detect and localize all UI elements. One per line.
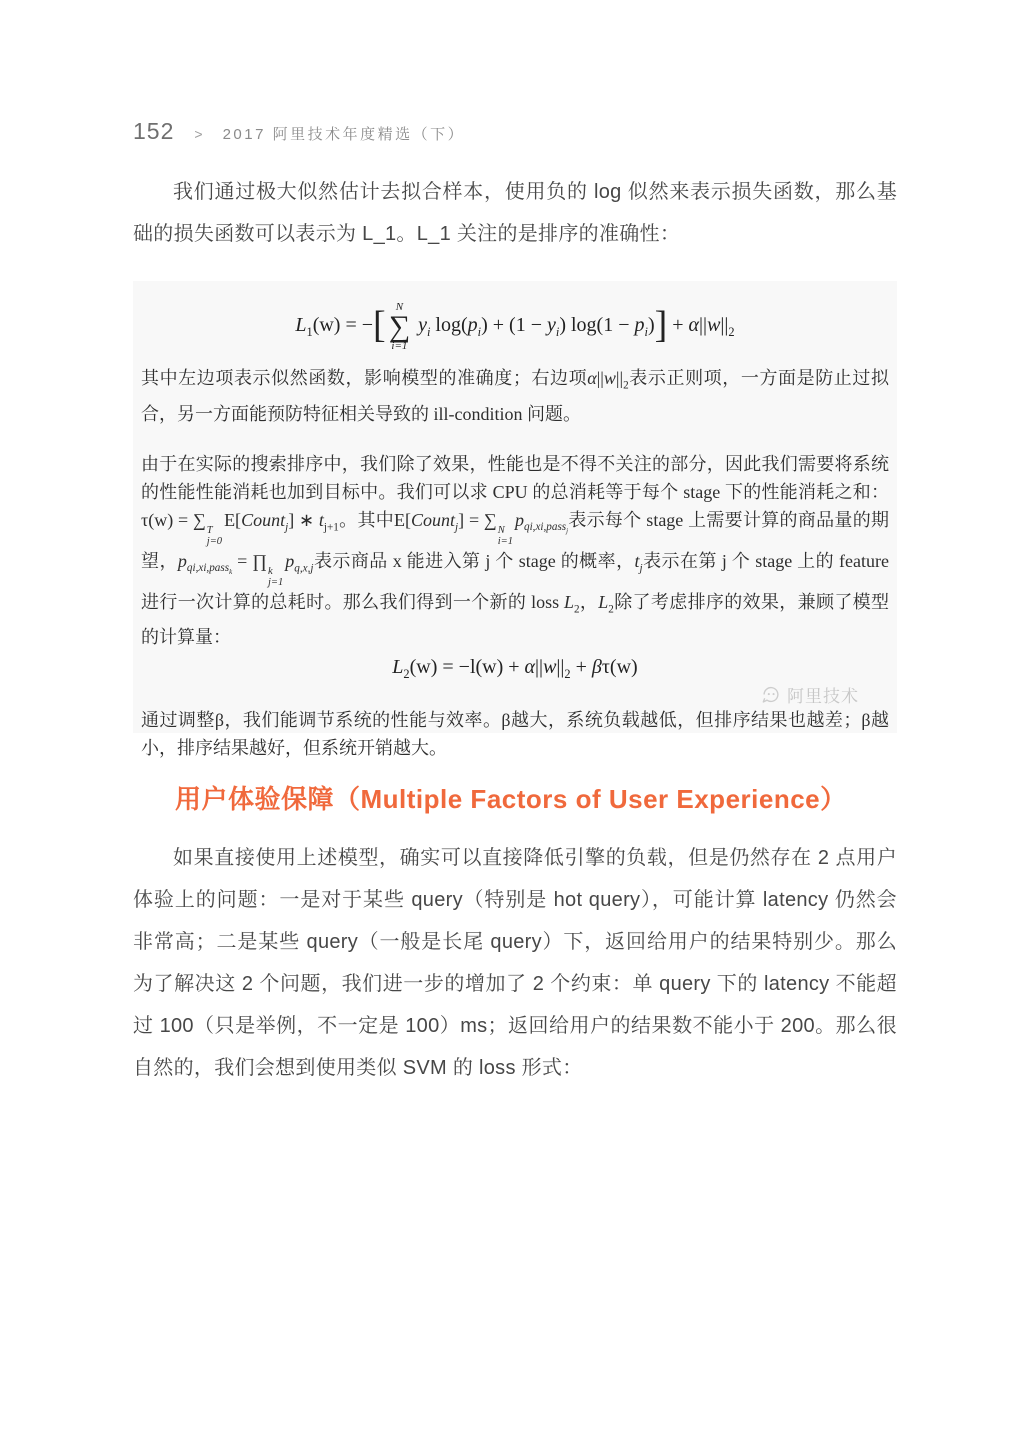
page-number: 152: [133, 118, 174, 145]
intro-paragraph: 我们通过极大似然估计去拟合样本，使用负的 log 似然来表示损失函数，那么基础的…: [133, 171, 897, 255]
page-header: 152 > 2017 阿里技术年度精选（下）: [133, 118, 897, 145]
document-page: 152 > 2017 阿里技术年度精选（下） 我们通过极大似然估计去拟合样本，使…: [0, 0, 1031, 1440]
ux-paragraph: 如果直接使用上述模型，确实可以直接降低引擎的负载，但是仍然存在 2 点用户体验上…: [133, 837, 897, 1089]
page-content: 152 > 2017 阿里技术年度精选（下） 我们通过极大似然估计去拟合样本，使…: [133, 0, 897, 1089]
figure-paragraph-beta-tradeoff: 通过调整β，我们能调节系统的性能与效率。β越大，系统负载越低，但排序结果也越差；…: [141, 706, 889, 762]
watermark-label: 阿里技术: [787, 682, 859, 707]
alibaba-tech-logo-icon: [760, 684, 782, 706]
figure-paragraph-performance: 由于在实际的搜索排序中，我们除了效果，性能也是不得不关注的部分，因此我们需要将系…: [141, 450, 889, 652]
book-title: 2017 阿里技术年度精选（下）: [223, 123, 466, 144]
formula-l2: L2(w) = −l(w) + α||w||2 + βτ(w): [141, 656, 889, 682]
header-separator: >: [194, 126, 202, 142]
watermark: 阿里技术: [760, 682, 859, 707]
formula-l1: L1(w) = −[N∑i=1 yi log(pi) + (1 − yi) lo…: [141, 301, 889, 352]
section-heading: 用户体验保障（Multiple Factors of User Experien…: [133, 779, 897, 816]
loss-function-figure: L1(w) = −[N∑i=1 yi log(pi) + (1 − yi) lo…: [133, 281, 897, 733]
figure-paragraph-regularization: 其中左边项表示似然函数，影响模型的准确度；右边项α||w||2表示正则项，一方面…: [141, 364, 889, 428]
